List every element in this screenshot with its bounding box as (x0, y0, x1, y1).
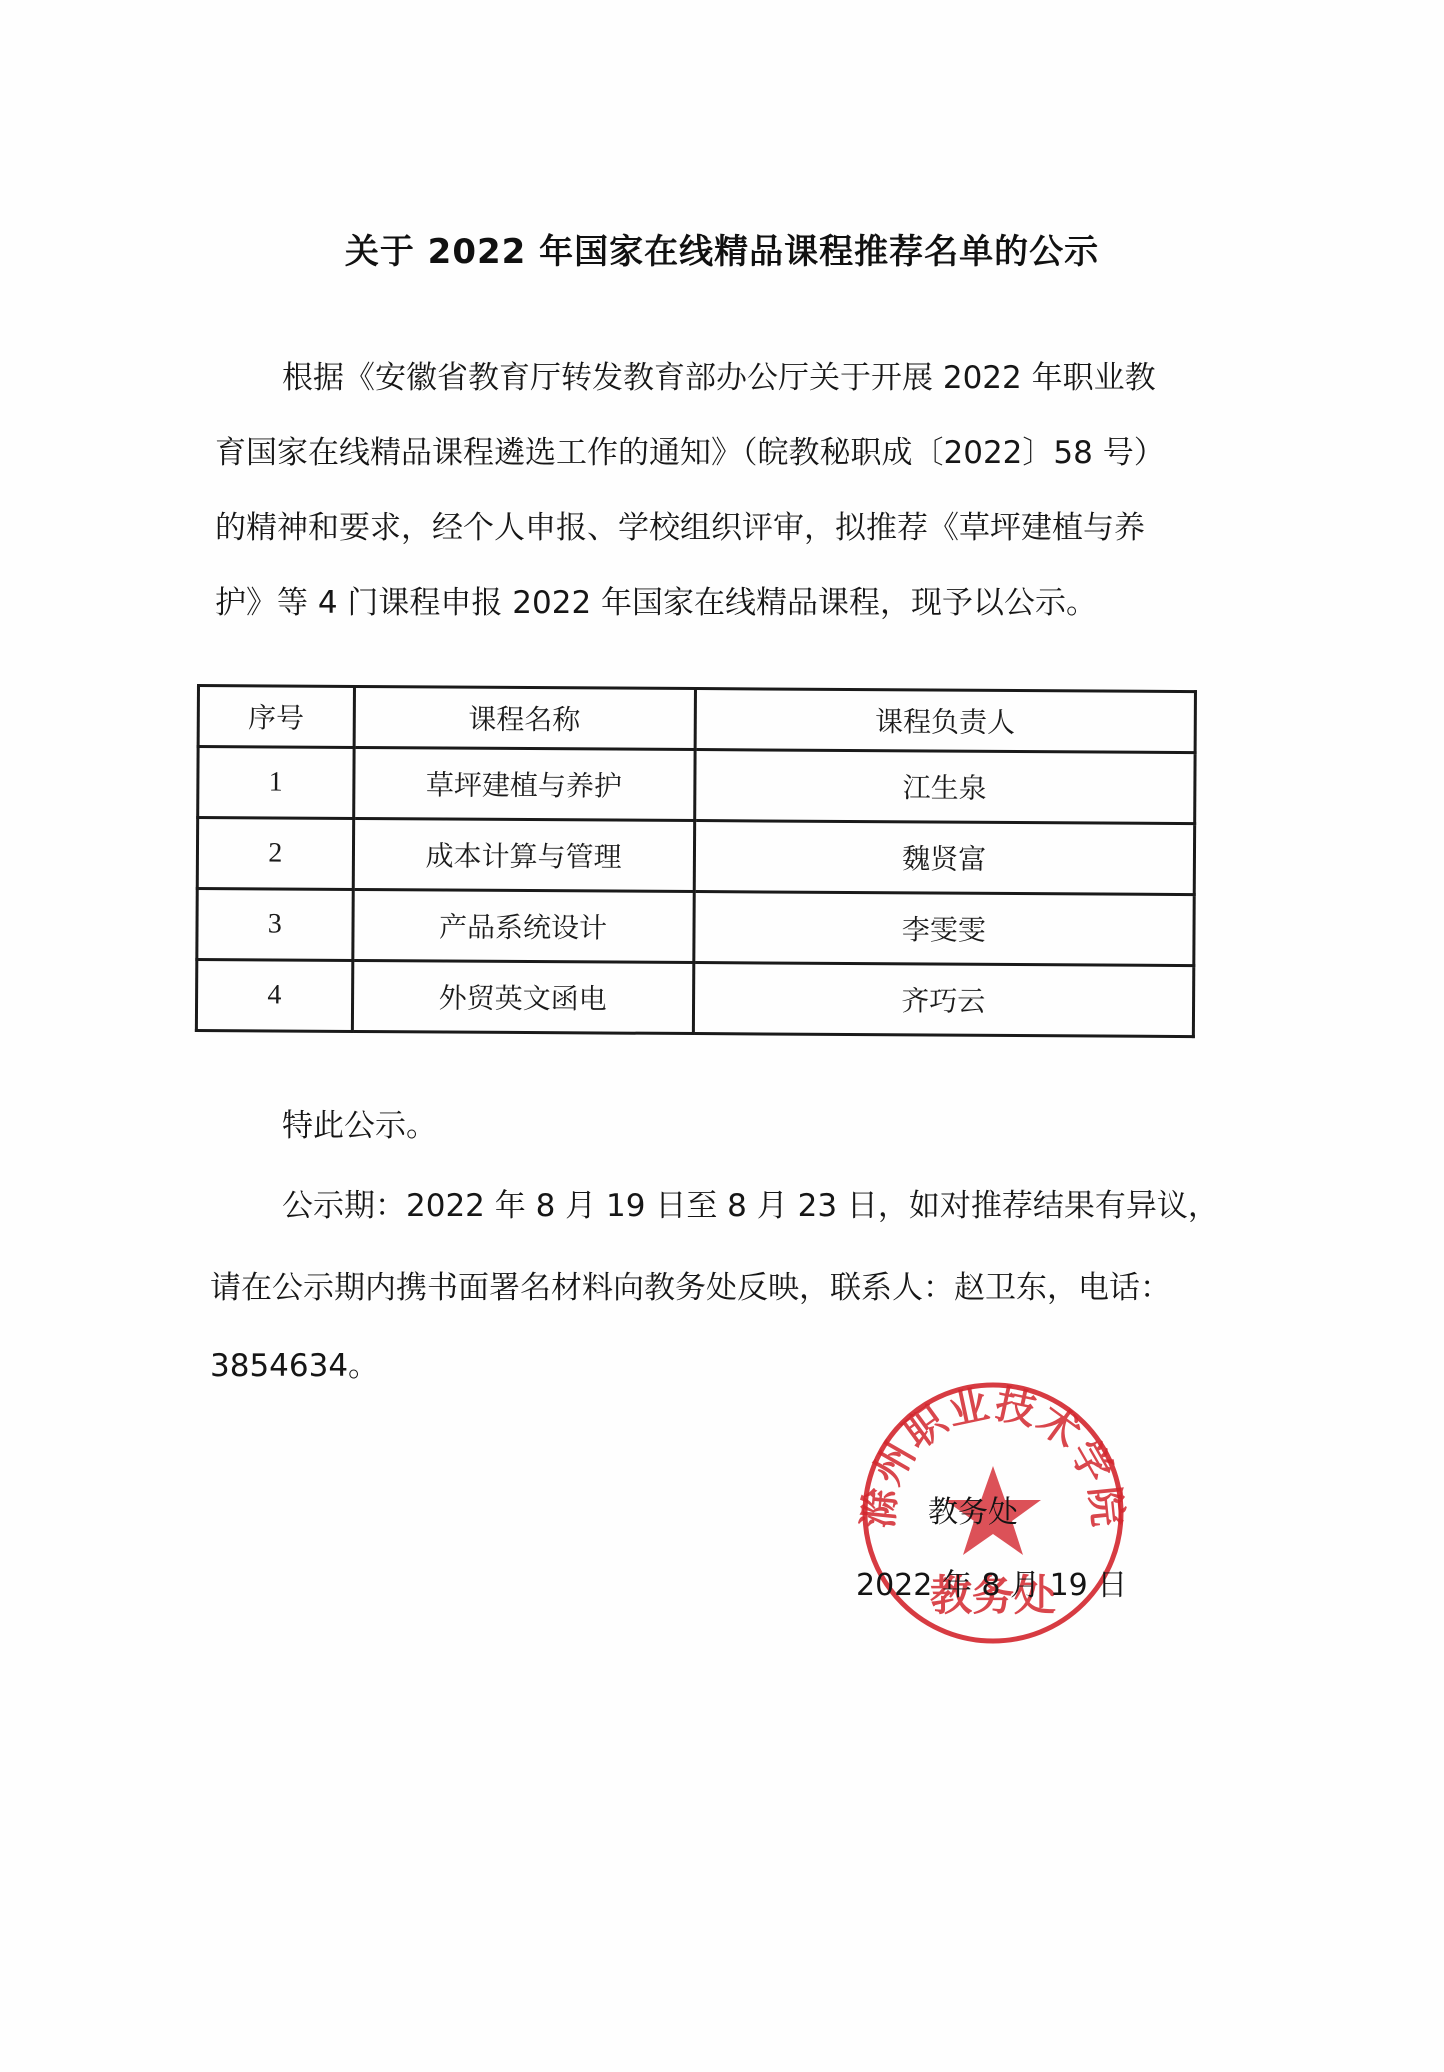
closing-text: 特此公示。 (282, 1100, 437, 1145)
intro-line-4: 护》等 4 门课程申报 2022 年国家在线精品课程，现予以公示。 (215, 577, 1097, 622)
intro-line-1: 根据《安徽省教育厅转发教育部办公厅关于开展 2022 年职业教 (282, 352, 1156, 397)
row-no: 3 (197, 889, 353, 961)
document-title: 关于 2022 年国家在线精品课程推荐名单的公示 (0, 224, 1444, 273)
row-no: 4 (196, 960, 352, 1032)
row-course: 草坪建植与养护 (353, 747, 694, 820)
notice-line-2: 请在公示期内携书面署名材料向教务处反映，联系人：赵卫东，电话： (210, 1262, 1171, 1307)
signature-date: 2022 年 8 月 19 日 (856, 1560, 1127, 1604)
notice-line-3: 3854634。 (210, 1340, 379, 1385)
table-row: 2 成本计算与管理 魏贤富 (197, 818, 1194, 895)
row-no: 2 (197, 818, 353, 890)
row-lead: 齐巧云 (693, 963, 1194, 1037)
row-course: 外贸英文函电 (352, 960, 693, 1033)
row-lead: 魏贤富 (694, 821, 1195, 895)
table-row: 3 产品系统设计 李雯雯 (197, 889, 1194, 966)
notice-line-1: 公示期：2022 年 8 月 19 日至 8 月 23 日，如对推荐结果有异议， (282, 1180, 1219, 1225)
signature-department: 教务处 (928, 1487, 1018, 1531)
table-row: 4 外贸英文函电 齐巧云 (196, 960, 1193, 1037)
row-lead: 江生泉 (694, 750, 1195, 824)
table-header-row: 序号 课程名称 课程负责人 (198, 686, 1195, 753)
header-course: 课程名称 (354, 686, 695, 749)
document-page: 关于 2022 年国家在线精品课程推荐名单的公示 根据《安徽省教育厅转发教育部办… (0, 0, 1444, 2072)
row-course: 产品系统设计 (352, 889, 693, 962)
row-lead: 李雯雯 (693, 892, 1194, 966)
course-table: 序号 课程名称 课程负责人 1 草坪建植与养护 江生泉 2 成本计算与管理 魏贤… (195, 684, 1197, 1038)
intro-line-2: 育国家在线精品课程遴选工作的通知》（皖教秘职成〔2022〕58 号） (215, 427, 1165, 472)
row-course: 成本计算与管理 (353, 818, 694, 891)
header-lead: 课程负责人 (695, 689, 1196, 753)
row-no: 1 (198, 747, 354, 819)
header-no: 序号 (198, 686, 354, 748)
table-row: 1 草坪建植与养护 江生泉 (198, 747, 1195, 824)
intro-line-3: 的精神和要求，经个人申报、学校组织评审，拟推荐《草坪建植与养 (215, 502, 1145, 547)
